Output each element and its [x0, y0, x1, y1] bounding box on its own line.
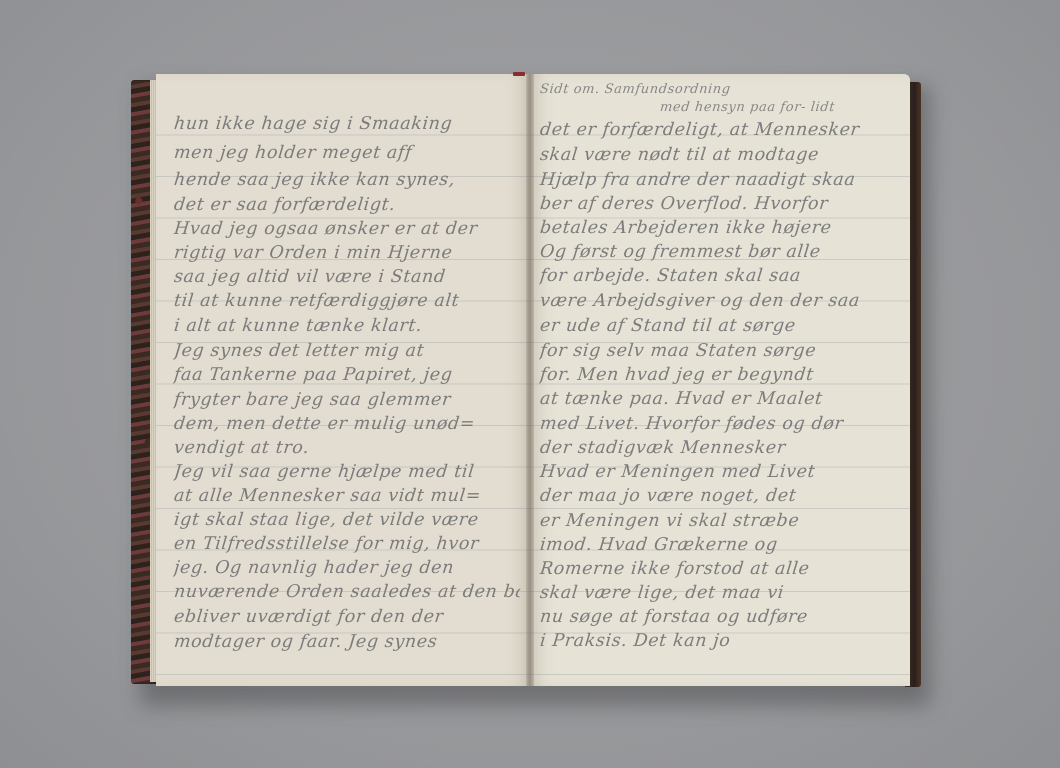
handwritten-line: Jeg synes det letter mig at	[173, 341, 521, 361]
handwritten-line: hende saa jeg ikke kan synes,	[173, 170, 521, 190]
handwritten-line: vendigt at tro.	[173, 438, 521, 458]
handwritten-line: det er forfærdeligt, at Mennesker	[539, 120, 901, 140]
handwritten-line: betales Arbejderen ikke højere	[539, 218, 901, 238]
handwritten-line: er ude af Stand til at sørge	[539, 316, 901, 336]
handwritten-line: frygter bare jeg saa glemmer	[173, 390, 521, 410]
handwritten-line: der stadigvæk Mennesker	[539, 438, 901, 458]
handwritten-line: Hvad jeg ogsaa ønsker er at der	[173, 219, 521, 239]
handwritten-line: skal være nødt til at modtage	[539, 145, 901, 165]
handwritten-line: men jeg holder meget aff	[173, 143, 521, 163]
handwritten-line: at alle Mennesker saa vidt mul=	[173, 486, 521, 506]
handwritten-line: faa Tankerne paa Papiret, jeg	[173, 365, 521, 385]
handwritten-line: det er saa forfærdeligt.	[173, 195, 521, 215]
handwritten-line: i Praksis. Det kan jo	[539, 631, 901, 651]
handwritten-line: en Tilfredsstillelse for mig, hvor	[173, 534, 521, 554]
handwritten-line: Romerne ikke forstod at alle	[539, 559, 901, 579]
bookmark-ribbon	[513, 72, 525, 76]
handwritten-line: rigtig var Orden i min Hjerne	[173, 243, 521, 263]
handwritten-line: for sig selv maa Staten sørge	[539, 341, 901, 361]
handwritten-line: imod. Hvad Grækerne og	[539, 535, 901, 555]
handwritten-line: igt skal staa lige, det vilde være	[173, 510, 521, 530]
header-note-correction: med hensyn paa for- lidt	[659, 100, 901, 115]
handwritten-line: Og først og fremmest bør alle	[539, 242, 901, 262]
handwritten-line: dem, men dette er mulig unød=	[173, 414, 521, 434]
handwritten-line: for arbejde. Staten skal saa	[539, 266, 901, 286]
handwritten-line: nuværende Orden saaledes at den baade	[173, 582, 521, 602]
handwritten-line: modtager og faar. Jeg synes	[173, 632, 521, 652]
handwritten-line: til at kunne retfærdiggjøre alt	[173, 291, 521, 311]
handwritten-line: i alt at kunne tænke klart.	[173, 316, 521, 336]
handwritten-line: hun ikke hage sig i Smaaking	[173, 114, 521, 134]
left-page-text: hun ikke hage sig i Smaaking men jeg hol…	[156, 74, 530, 686]
right-page-text: Sidt om. Samfundsordning med hensyn paa …	[530, 74, 910, 686]
handwritten-line: være Arbejdsgiver og den der saa	[539, 291, 901, 311]
handwritten-line: for. Men hvad jeg er begyndt	[539, 365, 901, 385]
handwritten-line: Hvad er Meningen med Livet	[539, 462, 901, 482]
handwritten-line: der maa jo være noget, det	[539, 486, 901, 506]
header-note: Sidt om. Samfundsordning	[539, 82, 901, 97]
handwritten-line: er Meningen vi skal stræbe	[539, 511, 901, 531]
handwritten-line: saa jeg altid vil være i Stand	[173, 267, 521, 287]
handwritten-line: Jeg vil saa gerne hjælpe med til	[173, 462, 521, 482]
right-page: Sidt om. Samfundsordning med hensyn paa …	[530, 74, 910, 686]
handwritten-line: Hjælp fra andre der naadigt skaa	[539, 170, 901, 190]
handwritten-line: jeg. Og navnlig hader jeg den	[173, 558, 521, 578]
book-gutter-spine	[526, 74, 534, 686]
left-page: hun ikke hage sig i Smaaking men jeg hol…	[156, 74, 530, 686]
handwritten-line: ebliver uværdigt for den der	[173, 607, 521, 627]
handwritten-line: nu søge at forstaa og udføre	[539, 607, 901, 627]
handwritten-line: skal være lige, det maa vi	[539, 583, 901, 603]
handwritten-line: at tænke paa. Hvad er Maalet	[539, 389, 901, 409]
handwritten-line: med Livet. Hvorfor fødes og dør	[539, 414, 901, 434]
handwritten-line: ber af deres Overflod. Hvorfor	[539, 194, 901, 214]
